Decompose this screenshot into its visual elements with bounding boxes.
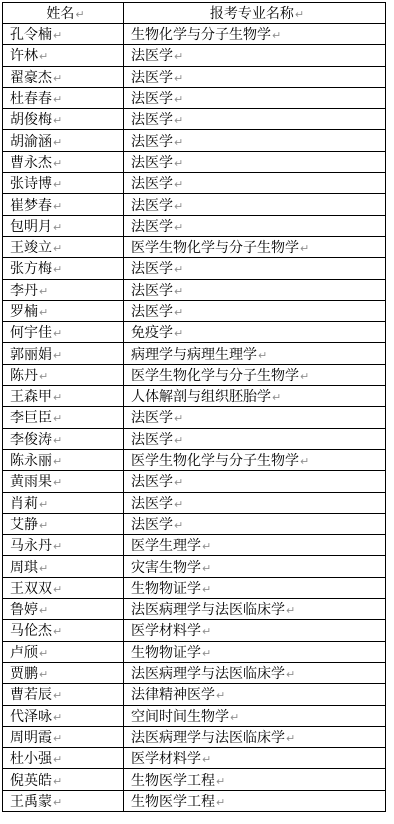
paragraph-mark-icon: ↵ <box>39 50 48 63</box>
name-cell: 曹永杰↵ <box>3 151 124 172</box>
applied-major: 生物物证学 <box>131 582 201 597</box>
paragraph-mark-icon: ↵ <box>75 8 84 21</box>
applied-major: 法医学 <box>131 177 173 192</box>
name-cell: 马伦杰↵ <box>3 620 124 641</box>
applied-major: 医学生理学 <box>131 539 201 554</box>
table-row: 许林↵ 法医学↵ ¤ <box>3 45 386 66</box>
major-cell: 医学材料学↵ ¤ <box>124 748 386 769</box>
applied-major: 法医学 <box>131 262 173 277</box>
applicant-name: 曹若辰 <box>10 688 52 703</box>
table-row: 马伦杰↵ 医学材料学↵ ¤ <box>3 620 386 641</box>
name-cell: 孔令楠↵ <box>3 24 124 45</box>
paragraph-mark-icon: ↵ <box>53 327 62 340</box>
name-cell: 马永丹↵ <box>3 535 124 556</box>
name-cell: 胡渝涵↵ <box>3 130 124 151</box>
applicant-name: 黄雨果 <box>10 475 52 490</box>
name-cell: 卢颀↵ <box>3 641 124 662</box>
applied-major: 法律精神医学 <box>131 688 215 703</box>
applicant-name: 许林 <box>10 49 38 64</box>
major-cell: 医学材料学↵ ¤ <box>124 620 386 641</box>
paragraph-mark-icon: ↵ <box>174 50 183 63</box>
table-row: 翟豪杰↵ 法医学↵ ¤ <box>3 66 386 87</box>
major-cell: 法医学↵ ¤ <box>124 87 386 108</box>
applicant-name: 何宇佳 <box>10 326 52 341</box>
applicant-name: 张诗博 <box>10 177 52 192</box>
paragraph-mark-icon: ↵ <box>174 72 183 85</box>
table-row: 周琪↵ 灾害生物学↵ ¤ <box>3 556 386 577</box>
name-cell: 陈永丽↵ <box>3 449 124 470</box>
header-major-label: 报考专业名称 <box>210 7 294 22</box>
paragraph-mark-icon: ↵ <box>53 689 62 702</box>
major-cell: 法医病理学与法医临床学↵ ¤ <box>124 726 386 747</box>
applied-major: 医学生物化学与分子生物学 <box>131 369 299 384</box>
applied-major: 医学生物化学与分子生物学 <box>131 241 299 256</box>
applied-major: 法医学 <box>131 305 173 320</box>
major-cell: 生物物证学↵ ¤ <box>124 577 386 598</box>
applicant-name: 王禹蒙 <box>10 795 52 810</box>
name-cell: 贾鹏↵ <box>3 662 124 683</box>
name-cell: 杜春春↵ <box>3 87 124 108</box>
applied-major: 法医学 <box>131 411 173 426</box>
paragraph-mark-icon: ↵ <box>53 114 62 127</box>
major-cell: 灾害生物学↵ ¤ <box>124 556 386 577</box>
paragraph-mark-icon: ↵ <box>53 434 62 447</box>
applicant-name: 崔梦春 <box>10 199 52 214</box>
table-row: 胡俊梅↵ 法医学↵ ¤ <box>3 109 386 130</box>
paragraph-mark-icon: ↵ <box>39 306 48 319</box>
table-row: 肖莉↵ 法医学↵ ¤ <box>3 492 386 513</box>
applicant-name: 罗楠 <box>10 305 38 320</box>
paragraph-mark-icon: ↵ <box>53 349 62 362</box>
paragraph-mark-icon: ↵ <box>202 625 211 638</box>
major-cell: 法医学↵ ¤ <box>124 66 386 87</box>
paragraph-mark-icon: ↵ <box>174 306 183 319</box>
paragraph-mark-icon: ↵ <box>39 370 48 383</box>
applied-major: 法医病理学与法医临床学 <box>131 667 285 682</box>
table-row: 艾静↵ 法医学↵ ¤ <box>3 513 386 534</box>
major-cell: 法医学↵ ¤ <box>124 471 386 492</box>
paragraph-mark-icon: ↵ <box>174 157 183 170</box>
table-row: 李俊涛↵ 法医学↵ ¤ <box>3 428 386 449</box>
paragraph-mark-icon: ↵ <box>272 391 281 404</box>
name-cell: 王双双↵ <box>3 577 124 598</box>
name-cell: 罗楠↵ <box>3 300 124 321</box>
header-row: 姓名↵ 报考专业名称↵ ¤ <box>3 3 386 24</box>
major-cell: 医学生物化学与分子生物学↵ ¤ <box>124 236 386 257</box>
applicants-table: 姓名↵ 报考专业名称↵ ¤ 孔令楠↵ 生物化学与分子生物学↵ ¤ <box>2 2 386 812</box>
paragraph-mark-icon: ↵ <box>216 796 225 809</box>
applied-major: 生物物证学 <box>131 646 201 661</box>
paragraph-mark-icon: ↵ <box>272 29 281 42</box>
table-row: 孔令楠↵ 生物化学与分子生物学↵ ¤ <box>3 24 386 45</box>
name-cell: 许林↵ <box>3 45 124 66</box>
paragraph-mark-icon: ↵ <box>53 732 62 745</box>
paragraph-mark-icon: ↵ <box>174 285 183 298</box>
major-cell: 法医学↵ ¤ <box>124 428 386 449</box>
applied-major: 法医学 <box>131 71 173 86</box>
applied-major: 人体解剖与组织胚胎学 <box>131 390 271 405</box>
applicant-name: 周明霞 <box>10 731 52 746</box>
name-cell: 杜小强↵ <box>3 748 124 769</box>
paragraph-mark-icon: ↵ <box>53 753 62 766</box>
table-row: 黄雨果↵ 法医学↵ ¤ <box>3 471 386 492</box>
paragraph-mark-icon: ↵ <box>216 775 225 788</box>
applicant-name: 马永丹 <box>10 539 52 554</box>
applicant-name: 陈丹 <box>10 369 38 384</box>
name-cell: 崔梦春↵ <box>3 194 124 215</box>
applicant-name: 肖莉 <box>10 497 38 512</box>
paragraph-mark-icon: ↵ <box>53 72 62 85</box>
applicant-name: 王竣立 <box>10 241 52 256</box>
applied-major: 法医学 <box>131 433 173 448</box>
table-row: 包明月↵ 法医学↵ ¤ <box>3 215 386 236</box>
paragraph-mark-icon: ↵ <box>53 178 62 191</box>
paragraph-mark-icon: ↵ <box>39 604 48 617</box>
table-row: 郭丽娟↵ 病理学与病理生理学↵ ¤ <box>3 343 386 364</box>
major-cell: 医学生理学↵ ¤ <box>124 535 386 556</box>
major-cell: 法医学↵ ¤ <box>124 45 386 66</box>
paragraph-mark-icon: ↵ <box>202 562 211 575</box>
applicant-name: 王双双 <box>10 582 52 597</box>
name-cell: 何宇佳↵ <box>3 322 124 343</box>
column-header-name: 姓名↵ <box>3 3 124 24</box>
applicant-name: 代泽咏 <box>10 710 52 725</box>
major-cell: 法医学↵ ¤ <box>124 215 386 236</box>
name-cell: 周琪↵ <box>3 556 124 577</box>
paragraph-mark-icon: ↵ <box>174 178 183 191</box>
applicant-name: 贾鹏 <box>10 667 38 682</box>
applied-major: 医学材料学 <box>131 624 201 639</box>
major-cell: 法医学↵ ¤ <box>124 151 386 172</box>
applicant-name: 鲁婷 <box>10 603 38 618</box>
paragraph-mark-icon: ↵ <box>53 775 62 788</box>
table-row: 杜小强↵ 医学材料学↵ ¤ <box>3 748 386 769</box>
applied-major: 法医学 <box>131 220 173 235</box>
applied-major: 生物医学工程 <box>131 774 215 789</box>
major-cell: 法医病理学与法医临床学↵ ¤ <box>124 599 386 620</box>
paragraph-mark-icon: ↵ <box>174 263 183 276</box>
applied-major: 空间时间生物学 <box>131 710 229 725</box>
applicant-name: 艾静 <box>10 518 38 533</box>
paragraph-mark-icon: ↵ <box>202 583 211 596</box>
major-cell: 法律精神医学↵ ¤ <box>124 684 386 705</box>
applied-major: 法医学 <box>131 475 173 490</box>
paragraph-mark-icon: ↵ <box>174 519 183 532</box>
header-name-label: 姓名 <box>46 7 74 22</box>
table-row: 马永丹↵ 医学生理学↵ ¤ <box>3 535 386 556</box>
paragraph-mark-icon: ↵ <box>53 242 62 255</box>
table-row: 卢颀↵ 生物物证学↵ ¤ <box>3 641 386 662</box>
major-cell: 医学生物化学与分子生物学↵ ¤ <box>124 449 386 470</box>
table-row: 鲁婷↵ 法医病理学与法医临床学↵ ¤ <box>3 599 386 620</box>
paragraph-mark-icon: ↵ <box>286 604 295 617</box>
paragraph-mark-icon: ↵ <box>174 114 183 127</box>
name-cell: 代泽咏↵ <box>3 705 124 726</box>
paragraph-mark-icon: ↵ <box>174 412 183 425</box>
paragraph-mark-icon: ↵ <box>202 647 211 660</box>
applicant-name: 李俊涛 <box>10 433 52 448</box>
paragraph-mark-icon: ↵ <box>174 498 183 511</box>
applicant-name: 王森甲 <box>10 390 52 405</box>
paragraph-mark-icon: ↵ <box>39 498 48 511</box>
paragraph-mark-icon: ↵ <box>174 221 183 234</box>
table-row: 李巨臣↵ 法医学↵ ¤ <box>3 407 386 428</box>
applied-major: 医学生物化学与分子生物学 <box>131 454 299 469</box>
paragraph-mark-icon: ↵ <box>202 540 211 553</box>
paragraph-mark-icon: ↵ <box>53 796 62 809</box>
paragraph-mark-icon: ↵ <box>53 540 62 553</box>
table-row: 罗楠↵ 法医学↵ ¤ <box>3 300 386 321</box>
paragraph-mark-icon: ↵ <box>53 455 62 468</box>
paragraph-mark-icon: ↵ <box>53 157 62 170</box>
paragraph-mark-icon: ↵ <box>300 242 309 255</box>
major-cell: 生物医学工程↵ ¤ <box>124 790 386 811</box>
applied-major: 医学材料学 <box>131 752 201 767</box>
paragraph-mark-icon: ↵ <box>53 221 62 234</box>
name-cell: 胡俊梅↵ <box>3 109 124 130</box>
paragraph-mark-icon: ↵ <box>300 370 309 383</box>
applied-major: 病理学与病理生理学 <box>131 348 257 363</box>
paragraph-mark-icon: ↵ <box>53 412 62 425</box>
column-header-major: 报考专业名称↵ ¤ <box>124 3 386 24</box>
table-row: 张方梅↵ 法医学↵ ¤ <box>3 258 386 279</box>
applicant-name: 翟豪杰 <box>10 71 52 86</box>
table-row: 曹永杰↵ 法医学↵ ¤ <box>3 151 386 172</box>
applicant-name: 周琪 <box>10 561 38 576</box>
name-cell: 李巨臣↵ <box>3 407 124 428</box>
paragraph-mark-icon: ↵ <box>53 136 62 149</box>
name-cell: 肖莉↵ <box>3 492 124 513</box>
name-cell: 王森甲↵ <box>3 386 124 407</box>
paragraph-mark-icon: ↵ <box>39 285 48 298</box>
applied-major: 法医学 <box>131 156 173 171</box>
applicant-name: 胡俊梅 <box>10 113 52 128</box>
name-cell: 曹若辰↵ <box>3 684 124 705</box>
applicant-name: 李巨臣 <box>10 411 52 426</box>
paragraph-mark-icon: ↵ <box>53 476 62 489</box>
major-cell: 法医学↵ ¤ <box>124 130 386 151</box>
table-row: 王双双↵ 生物物证学↵ ¤ <box>3 577 386 598</box>
applicant-name: 郭丽娟 <box>10 348 52 363</box>
applied-major: 法医学 <box>131 497 173 512</box>
paragraph-mark-icon: ↵ <box>53 625 62 638</box>
applicant-name: 马伦杰 <box>10 624 52 639</box>
document-page: 姓名↵ 报考专业名称↵ ¤ 孔令楠↵ 生物化学与分子生物学↵ ¤ <box>0 0 394 824</box>
name-cell: 黄雨果↵ <box>3 471 124 492</box>
applicant-name: 胡渝涵 <box>10 135 52 150</box>
name-cell: 艾静↵ <box>3 513 124 534</box>
table-row: 贾鹏↵ 法医病理学与法医临床学↵ ¤ <box>3 662 386 683</box>
major-cell: 生物化学与分子生物学↵ ¤ <box>124 24 386 45</box>
major-cell: 法医学↵ ¤ <box>124 173 386 194</box>
applied-major: 法医学 <box>131 49 173 64</box>
applied-major: 法医学 <box>131 113 173 128</box>
table-row: 何宇佳↵ 免疫学↵ ¤ <box>3 322 386 343</box>
table-row: 李丹↵ 法医学↵ ¤ <box>3 279 386 300</box>
name-cell: 鲁婷↵ <box>3 599 124 620</box>
major-cell: 法医学↵ ¤ <box>124 513 386 534</box>
applicant-name: 倪英皓 <box>10 774 52 789</box>
table-row: 倪英皓↵ 生物医学工程↵ ¤ <box>3 769 386 790</box>
applied-major: 生物化学与分子生物学 <box>131 28 271 43</box>
table-body: 孔令楠↵ 生物化学与分子生物学↵ ¤ 许林↵ 法医学↵ ¤ <box>3 24 386 812</box>
name-cell: 王竣立↵ <box>3 236 124 257</box>
applicant-name: 李丹 <box>10 284 38 299</box>
name-cell: 翟豪杰↵ <box>3 66 124 87</box>
applied-major: 法医学 <box>131 284 173 299</box>
paragraph-mark-icon: ↵ <box>286 732 295 745</box>
applied-major: 生物医学工程 <box>131 795 215 810</box>
paragraph-mark-icon: ↵ <box>202 753 211 766</box>
table-row: 崔梦春↵ 法医学↵ ¤ <box>3 194 386 215</box>
paragraph-mark-icon: ↵ <box>53 711 62 724</box>
paragraph-mark-icon: ↵ <box>53 29 62 42</box>
table-row: 陈永丽↵ 医学生物化学与分子生物学↵ ¤ <box>3 449 386 470</box>
paragraph-mark-icon: ↵ <box>39 562 48 575</box>
major-cell: 法医病理学与法医临床学↵ ¤ <box>124 662 386 683</box>
major-cell: 空间时间生物学↵ ¤ <box>124 705 386 726</box>
applicant-name: 孔令楠 <box>10 28 52 43</box>
paragraph-mark-icon: ↵ <box>39 668 48 681</box>
paragraph-mark-icon: ↵ <box>216 689 225 702</box>
name-cell: 张诗博↵ <box>3 173 124 194</box>
applicant-name: 张方梅 <box>10 262 52 277</box>
paragraph-mark-icon: ↵ <box>174 476 183 489</box>
major-cell: 人体解剖与组织胚胎学↵ ¤ <box>124 386 386 407</box>
applied-major: 法医学 <box>131 518 173 533</box>
paragraph-mark-icon: ↵ <box>174 136 183 149</box>
applied-major: 灾害生物学 <box>131 561 201 576</box>
name-cell: 包明月↵ <box>3 215 124 236</box>
applied-major: 法医学 <box>131 135 173 150</box>
name-cell: 陈丹↵ <box>3 364 124 385</box>
name-cell: 郭丽娟↵ <box>3 343 124 364</box>
applicant-name: 陈永丽 <box>10 454 52 469</box>
paragraph-mark-icon: ↵ <box>174 200 183 213</box>
major-cell: 法医学↵ ¤ <box>124 492 386 513</box>
table-row: 杜春春↵ 法医学↵ ¤ <box>3 87 386 108</box>
table-row: 代泽咏↵ 空间时间生物学↵ ¤ <box>3 705 386 726</box>
paragraph-mark-icon: ↵ <box>174 327 183 340</box>
paragraph-mark-icon: ↵ <box>295 8 304 21</box>
major-cell: 生物医学工程↵ ¤ <box>124 769 386 790</box>
paragraph-mark-icon: ↵ <box>258 349 267 362</box>
table-row: 周明霞↵ 法医病理学与法医临床学↵ ¤ <box>3 726 386 747</box>
table-row: 王禹蒙↵ 生物医学工程↵ ¤ <box>3 790 386 811</box>
table-row: 曹若辰↵ 法律精神医学↵ ¤ <box>3 684 386 705</box>
major-cell: 法医学↵ ¤ <box>124 407 386 428</box>
applied-major: 法医学 <box>131 199 173 214</box>
major-cell: 法医学↵ ¤ <box>124 109 386 130</box>
table-row: 王森甲↵ 人体解剖与组织胚胎学↵ ¤ <box>3 386 386 407</box>
name-cell: 周明霞↵ <box>3 726 124 747</box>
paragraph-mark-icon: ↵ <box>53 200 62 213</box>
major-cell: 生物物证学↵ ¤ <box>124 641 386 662</box>
major-cell: 免疫学↵ ¤ <box>124 322 386 343</box>
major-cell: 法医学↵ ¤ <box>124 258 386 279</box>
paragraph-mark-icon: ↵ <box>53 583 62 596</box>
paragraph-mark-icon: ↵ <box>174 93 183 106</box>
table-row: 陈丹↵ 医学生物化学与分子生物学↵ ¤ <box>3 364 386 385</box>
applicant-name: 曹永杰 <box>10 156 52 171</box>
table-row: 王竣立↵ 医学生物化学与分子生物学↵ ¤ <box>3 236 386 257</box>
major-cell: 法医学↵ ¤ <box>124 300 386 321</box>
major-cell: 医学生物化学与分子生物学↵ ¤ <box>124 364 386 385</box>
name-cell: 王禹蒙↵ <box>3 790 124 811</box>
paragraph-mark-icon: ↵ <box>300 455 309 468</box>
paragraph-mark-icon: ↵ <box>39 647 48 660</box>
applied-major: 免疫学 <box>131 326 173 341</box>
applicant-name: 卢颀 <box>10 646 38 661</box>
paragraph-mark-icon: ↵ <box>39 519 48 532</box>
paragraph-mark-icon: ↵ <box>174 434 183 447</box>
major-cell: 法医学↵ ¤ <box>124 279 386 300</box>
applicant-name: 杜春春 <box>10 92 52 107</box>
applicant-name: 杜小强 <box>10 752 52 767</box>
applied-major: 法医病理学与法医临床学 <box>131 603 285 618</box>
paragraph-mark-icon: ↵ <box>230 711 239 724</box>
applicant-name: 包明月 <box>10 220 52 235</box>
name-cell: 张方梅↵ <box>3 258 124 279</box>
applied-major: 法医学 <box>131 92 173 107</box>
applied-major: 法医病理学与法医临床学 <box>131 731 285 746</box>
paragraph-mark-icon: ↵ <box>53 93 62 106</box>
table-row: 胡渝涵↵ 法医学↵ ¤ <box>3 130 386 151</box>
major-cell: 法医学↵ ¤ <box>124 194 386 215</box>
name-cell: 李丹↵ <box>3 279 124 300</box>
table-row: 张诗博↵ 法医学↵ ¤ <box>3 173 386 194</box>
paragraph-mark-icon: ↵ <box>53 263 62 276</box>
name-cell: 倪英皓↵ <box>3 769 124 790</box>
paragraph-mark-icon: ↵ <box>53 391 62 404</box>
paragraph-mark-icon: ↵ <box>286 668 295 681</box>
major-cell: 病理学与病理生理学↵ ¤ <box>124 343 386 364</box>
name-cell: 李俊涛↵ <box>3 428 124 449</box>
